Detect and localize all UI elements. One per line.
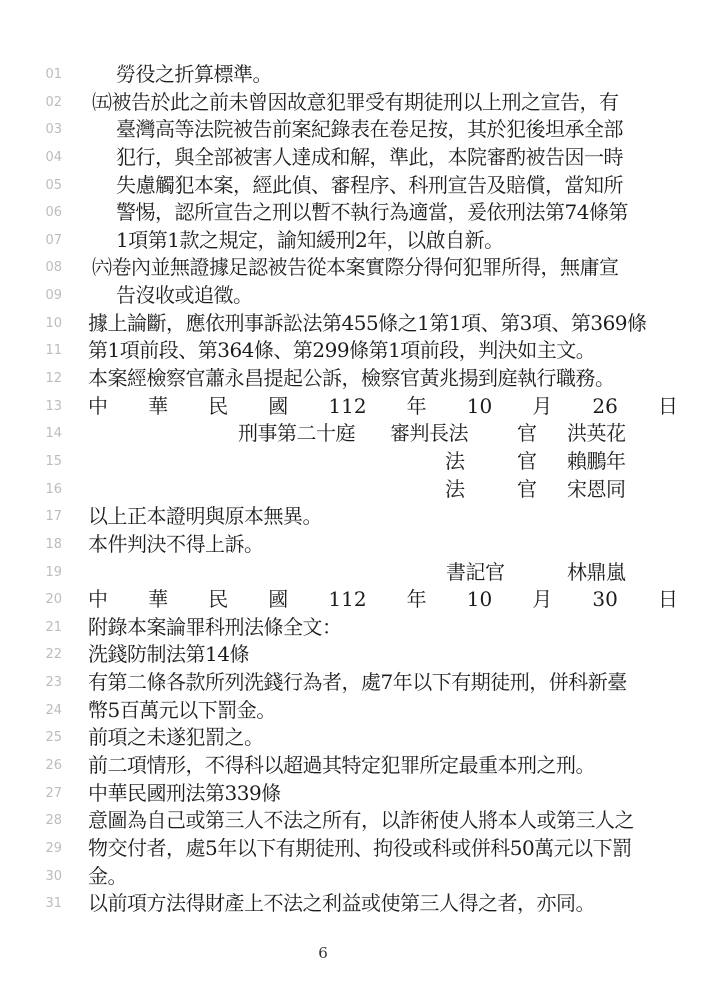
line-number: 08 [0, 254, 62, 282]
document-line: 15法官賴鵬年 [0, 448, 706, 476]
date-token: 112 [328, 586, 366, 614]
document-line: 09告沒收或追徵。 [0, 282, 706, 310]
document-line: 19書記官林鼎嵐 [0, 559, 706, 587]
document-line: 28意圖為自己或第三人不法之所有，以詐術使人將本人或第三人之 [0, 807, 706, 835]
document-line: 12本案經檢察官蕭永昌提起公訴，檢察官黃兆揚到庭執行職務。 [0, 365, 706, 393]
line-number: 12 [0, 365, 62, 393]
line-text: 勞役之折算標準。 [88, 61, 272, 89]
official-rank: 官 [517, 420, 537, 448]
line-text: 以上正本證明與原本無異。 [88, 503, 322, 531]
signature-line: 法官宋恩同 [88, 476, 678, 504]
official-title: 審判長法 [390, 420, 468, 448]
line-text: 犯行，與全部被害人達成和解，準此，本院審酌被告因一時 [88, 144, 623, 172]
line-number: 04 [0, 144, 62, 172]
line-number: 05 [0, 172, 62, 200]
line-text: 意圖為自己或第三人不法之所有，以詐術使人將本人或第三人之 [88, 807, 634, 835]
line-number: 25 [0, 724, 62, 752]
line-text: 物交付者，處5年以下有期徒刑、拘役或科或併科50萬元以下罰 [88, 835, 632, 863]
court-division: 刑事第二十庭 [238, 420, 355, 448]
date-token: 華 [148, 393, 168, 421]
line-number: 19 [0, 559, 62, 587]
line-number: 07 [0, 227, 62, 255]
line-number: 22 [0, 641, 62, 669]
document-line: 13中華民國112年10月26日 [0, 393, 706, 421]
signature-line: 法官賴鵬年 [88, 448, 678, 476]
document-line: 071項第1款之規定，諭知緩刑2年，以啟自新。 [0, 227, 706, 255]
official-title: 法 [445, 476, 465, 504]
document-body: 01勞役之折算標準。02㈤被告於此之前未曾因故意犯罪受有期徒刑以上刑之宣告，有0… [0, 61, 706, 918]
line-number: 16 [0, 476, 62, 504]
date-token: 年 [407, 586, 427, 614]
official-name: 洪英花 [567, 420, 626, 448]
document-line: 25前項之未遂犯罰之。 [0, 724, 706, 752]
document-line: 08㈥卷內並無證據足認被告從本案實際分得何犯罪所得，無庸宣 [0, 254, 706, 282]
date-token: 年 [407, 393, 427, 421]
date-token: 10 [467, 393, 492, 421]
document-line: 16法官宋恩同 [0, 476, 706, 504]
document-line: 05失慮觸犯本案，經此偵、審程序、科刑宣告及賠償，當知所 [0, 172, 706, 200]
line-number: 31 [0, 890, 62, 918]
line-text: ㈤被告於此之前未曾因故意犯罪受有期徒刑以上刑之宣告，有 [88, 89, 619, 117]
date-token: 30 [592, 586, 617, 614]
line-number: 17 [0, 503, 62, 531]
line-number: 24 [0, 697, 62, 725]
line-text: 前項之未遂犯罰之。 [88, 724, 264, 752]
line-number: 20 [0, 586, 62, 614]
document-line: 26前二項情形，不得科以超過其特定犯罪所定最重本刑之刑。 [0, 752, 706, 780]
line-number: 23 [0, 669, 62, 697]
line-text: 警惕，認所宣告之刑以暫不執行為適當，爰依刑法第74條第 [88, 199, 628, 227]
line-text: 有第二條各款所列洗錢行為者，處7年以下有期徒刑，併科新臺 [88, 669, 627, 697]
document-line: 27中華民國刑法第339條 [0, 780, 706, 808]
date-token: 中 [88, 393, 108, 421]
date-token: 26 [592, 393, 617, 421]
judgment-document-page: 01勞役之折算標準。02㈤被告於此之前未曾因故意犯罪受有期徒刑以上刑之宣告，有0… [0, 0, 706, 1000]
line-number: 30 [0, 863, 62, 891]
document-line: 21附錄本案論罪科刑法條全文： [0, 614, 706, 642]
date-token: 112 [328, 393, 366, 421]
line-text: 金。 [88, 863, 127, 891]
document-line: 18本件判決不得上訴。 [0, 531, 706, 559]
document-line: 31以前項方法得財產上不法之利益或使第三人得之者，亦同。 [0, 890, 706, 918]
signature-line: 書記官林鼎嵐 [88, 559, 678, 587]
line-number: 27 [0, 780, 62, 808]
line-number: 14 [0, 420, 62, 448]
line-text: 前二項情形，不得科以超過其特定犯罪所定最重本刑之刑。 [88, 752, 595, 780]
line-text: 失慮觸犯本案，經此偵、審程序、科刑宣告及賠償，當知所 [88, 172, 623, 200]
date-token: 日 [658, 393, 678, 421]
signature-line: 刑事第二十庭審判長法官洪英花 [88, 420, 678, 448]
document-line: 24幣5百萬元以下罰金。 [0, 697, 706, 725]
date-token: 國 [268, 393, 288, 421]
line-number: 28 [0, 807, 62, 835]
line-text: ㈥卷內並無證據足認被告從本案實際分得何犯罪所得，無庸宣 [88, 254, 619, 282]
line-text: 幣5百萬元以下罰金。 [88, 697, 276, 725]
line-text: 本件判決不得上訴。 [88, 531, 264, 559]
line-number: 09 [0, 282, 62, 310]
page-number: 6 [318, 944, 328, 962]
line-text: 洗錢防制法第14條 [88, 641, 249, 669]
date-token: 民 [208, 586, 228, 614]
document-line: 30金。 [0, 863, 706, 891]
date-token: 民 [208, 393, 228, 421]
document-line: 02㈤被告於此之前未曾因故意犯罪受有期徒刑以上刑之宣告，有 [0, 89, 706, 117]
document-line: 22洗錢防制法第14條 [0, 641, 706, 669]
date-token: 華 [148, 586, 168, 614]
line-text: 臺灣高等法院被告前案紀錄表在卷足按，其於犯後坦承全部 [88, 116, 623, 144]
date-token: 中 [88, 586, 108, 614]
official-title: 書記官 [446, 559, 505, 587]
document-line: 29物交付者，處5年以下有期徒刑、拘役或科或併科50萬元以下罰 [0, 835, 706, 863]
official-name: 宋恩同 [567, 476, 626, 504]
line-text: 附錄本案論罪科刑法條全文： [88, 614, 342, 642]
line-text: 1項第1款之規定，諭知緩刑2年，以啟自新。 [88, 227, 504, 255]
line-text: 以前項方法得財產上不法之利益或使第三人得之者，亦同。 [88, 890, 595, 918]
line-number: 15 [0, 448, 62, 476]
document-line: 14刑事第二十庭審判長法官洪英花 [0, 420, 706, 448]
line-number: 03 [0, 116, 62, 144]
document-line: 20中華民國112年10月30日 [0, 586, 706, 614]
line-number: 11 [0, 337, 62, 365]
official-name: 賴鵬年 [567, 448, 626, 476]
date-line: 中華民國112年10月30日 [88, 586, 678, 614]
document-line: 03臺灣高等法院被告前案紀錄表在卷足按，其於犯後坦承全部 [0, 116, 706, 144]
official-rank: 官 [517, 448, 537, 476]
line-text: 本案經檢察官蕭永昌提起公訴，檢察官黃兆揚到庭執行職務。 [88, 365, 615, 393]
document-line: 04犯行，與全部被害人達成和解，準此，本院審酌被告因一時 [0, 144, 706, 172]
line-number: 10 [0, 310, 62, 338]
date-token: 10 [467, 586, 492, 614]
official-rank: 官 [517, 476, 537, 504]
line-number: 13 [0, 393, 62, 421]
document-line: 10據上論斷，應依刑事訴訟法第455條之1第1項、第3項、第369條 [0, 310, 706, 338]
document-line: 06警惕，認所宣告之刑以暫不執行為適當，爰依刑法第74條第 [0, 199, 706, 227]
line-text: 據上論斷，應依刑事訴訟法第455條之1第1項、第3項、第369條 [88, 310, 647, 338]
line-text: 中華民國刑法第339條 [88, 780, 281, 808]
line-number: 26 [0, 752, 62, 780]
line-number: 21 [0, 614, 62, 642]
line-text: 告沒收或追徵。 [88, 282, 253, 310]
document-line: 11第1項前段、第364條、第299條第1項前段，判決如主文。 [0, 337, 706, 365]
page-footer: 6 [0, 944, 646, 962]
document-line: 01勞役之折算標準。 [0, 61, 706, 89]
line-number: 02 [0, 89, 62, 117]
line-text: 第1項前段、第364條、第299條第1項前段，判決如主文。 [88, 337, 595, 365]
document-line: 17以上正本證明與原本無異。 [0, 503, 706, 531]
document-line: 23有第二條各款所列洗錢行為者，處7年以下有期徒刑，併科新臺 [0, 669, 706, 697]
date-token: 國 [268, 586, 288, 614]
line-number: 18 [0, 531, 62, 559]
line-number: 06 [0, 199, 62, 227]
date-token: 日 [658, 586, 678, 614]
date-line: 中華民國112年10月26日 [88, 393, 678, 421]
official-name: 林鼎嵐 [567, 559, 626, 587]
line-number: 01 [0, 61, 62, 89]
line-number: 29 [0, 835, 62, 863]
date-token: 月 [532, 393, 552, 421]
official-title: 法 [445, 448, 465, 476]
date-token: 月 [532, 586, 552, 614]
